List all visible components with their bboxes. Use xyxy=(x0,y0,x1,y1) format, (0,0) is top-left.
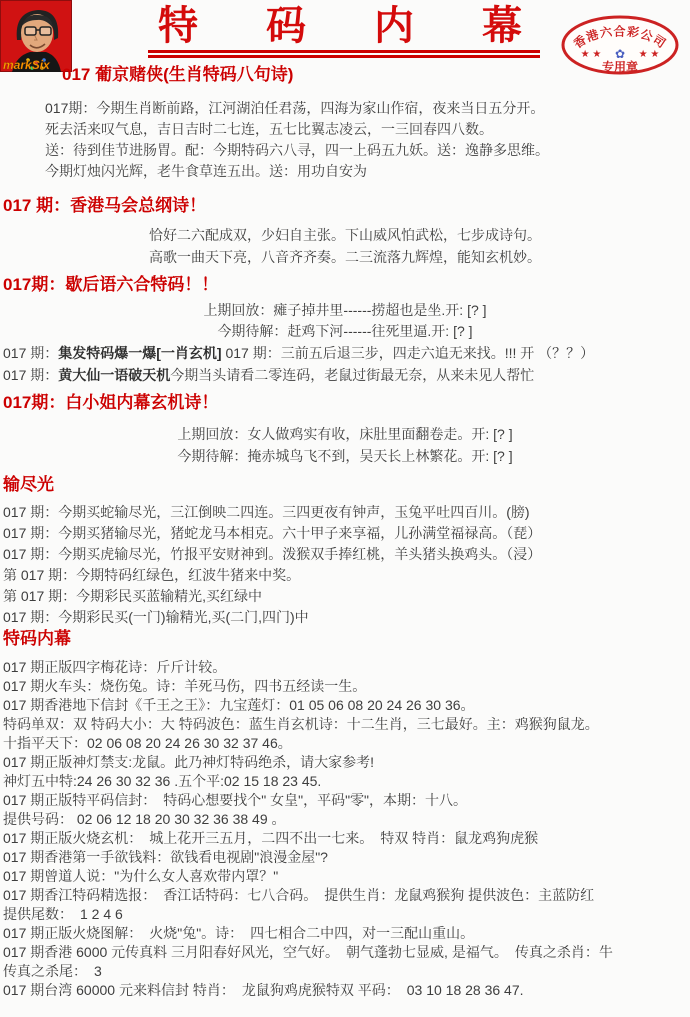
page-title: 特 码 内 幕 xyxy=(148,4,540,58)
section-header-shujinguang: 输尽光 xyxy=(3,474,690,496)
temabook-page: markSix 特 码 内 幕 香港六合彩公司 ★ ★ ✿ ★ ★ 专用章 01… xyxy=(0,0,690,1017)
tip-line: 017 期正版火烧图解： 火烧"兔"。诗： 四七相合二中四，对一三配山重山。 xyxy=(3,924,690,943)
poem-line: 死去活来叹气息，吉日吉时二七连，五七比翼志凌云，一三回春四八数。 xyxy=(45,119,690,140)
poem-line: 017期：今期生肖断前路，江河湖泊任君荡，四海为家山作宿，夜来当日五分开。 xyxy=(45,98,690,119)
tip-line: 017 期香港第一手欲钱料：欲钱看电视剧"浪漫金屋"? xyxy=(3,848,690,867)
tip-line: 017 期曾道人说："为什么女人喜欢带内罩？" xyxy=(3,867,690,886)
huangdaxian-bold-label: 黄大仙一语破天机 xyxy=(58,367,170,383)
section-xiehouyu-tips: 017 期：集发特码爆一爆[一肖玄机] 017 期：三前五后退三步，四走六追无来… xyxy=(0,342,690,386)
tip-line: 017 期香港地下信封《千王之王》：九宝莲灯：01 05 06 08 20 24… xyxy=(3,696,690,715)
line-rest: 017 期：三前五后退三步，四走六追无来找。!!! 开 （？？） xyxy=(222,345,595,361)
poem-line: 送：待到佳节进肠胃。配：今期特码六八寻，四一上码五九妖。送：逸静多思维。 xyxy=(45,140,690,161)
marksix-logo: markSix xyxy=(0,0,72,72)
section-baixiaojie-recap: 上期回放：女人做鸡实有收，床肚里面翻卷走。开: [? ] 今期待解：掩赤城鸟飞不… xyxy=(0,423,690,467)
stamp-stars-left: ★ ★ xyxy=(581,49,602,60)
section-header-xiehouyu: 017期：歇后语六合特码！！ xyxy=(3,274,690,296)
poem-line: 高歌一曲天下亮，八音齐齐奏。二三流落九辉煌，能知玄机妙。 xyxy=(0,246,690,268)
tip-line: 017 期：今期买蛇输尽光，三江倒映二四连。三四更夜有钟声，玉兔平吐四百川。(膀… xyxy=(3,502,690,523)
tip-line: 十指平天下：02 06 08 20 24 26 30 32 37 46。 xyxy=(3,734,690,753)
stamp-flower-icon: ✿ xyxy=(615,47,625,61)
tip-line: 017 期正版特平码信封： 特码心想要找个" 女皇"，平码"零"，本期：十八。 xyxy=(3,791,690,810)
poem-line: 恰好二六配成双，少妇自主张。下山威风怕武松，七步成诗句。 xyxy=(0,224,690,246)
section-header-zonggang: 017 期：香港马会总纲诗！ xyxy=(3,195,690,217)
section-shujinguang-lines: 017 期：今期买蛇输尽光，三江倒映二四连。三四更夜有钟声，玉兔平吐四百川。(膀… xyxy=(0,502,690,628)
line-prefix: 017 期： xyxy=(3,367,58,383)
page-title-wrap: 特 码 内 幕 xyxy=(140,4,548,58)
recap-line: 上期回放：女人做鸡实有收，床肚里面翻卷走。开: [? ] xyxy=(0,423,690,445)
tip-line: 017 期正版四字梅花诗：斤斤计较。 xyxy=(3,658,690,677)
tip-line: 017 期香港 6000 元传真料 三月阳春好风光，空气好。 朝气蓬勃七显威, … xyxy=(3,943,690,962)
huangdaxian-line: 017 期：黄大仙一语破天机今期当头请看二零连码，老鼠过街最无奈，从来未见人帮忙 xyxy=(3,364,690,386)
section-pujing-lines: 017期：今期生肖断前路，江河湖泊任君荡，四海为家山作宿，夜来当日五分开。 死去… xyxy=(45,98,690,182)
tip-line: 特码单双：双 特码大小：大 特码波色：蓝生肖玄机诗：十二生肖，三七最好。主：鸡猴… xyxy=(3,715,690,734)
tip-line: 017 期火车头：烧伤兔。诗：羊死马伤，四书五经读一生。 xyxy=(3,677,690,696)
line-rest: 今期当头请看二零连码，老鼠过街最无奈，从来未见人帮忙 xyxy=(170,367,534,383)
content: 017 葡京赌侠(生肖特码八句诗) 017期：今期生肖断前路，江河湖泊任君荡，四… xyxy=(0,64,690,1000)
recap-line: 今期待解：赶鸡下河------往死里逼.开: [? ] xyxy=(0,321,690,342)
stamp-stars-right: ★ ★ xyxy=(639,49,660,60)
recap-line: 上期回放：瘫子掉井里------捞超也是坐.开: [? ] xyxy=(0,300,690,321)
tip-line: 017 期香江特码精选报： 香江话特码：七八合码。 提供生肖：龙鼠鸡猴狗 提供波… xyxy=(3,886,690,905)
tip-line: 神灯五中特:24 26 30 32 36 .五个平:02 15 18 23 45… xyxy=(3,772,690,791)
jifa-bold-label: 集发特码爆一爆[一肖玄机] xyxy=(58,345,221,361)
tip-line: 017 期正版火烧玄机： 城上花开三五月，二四不出一七来。 特双 特肖：鼠龙鸡狗… xyxy=(3,829,690,848)
section-header-neimu: 特码内幕 xyxy=(3,628,690,650)
tip-line: 017 期正版神灯禁支:龙鼠。此乃神灯特码绝杀，请大家参考! xyxy=(3,753,690,772)
section-neimu-lines: 017 期正版四字梅花诗：斤斤计较。 017 期火车头：烧伤兔。诗：羊死马伤，四… xyxy=(0,658,690,1000)
tip-line: 第 017 期：今期彩民买蓝输精光,买红绿中 xyxy=(3,586,690,607)
poem-line: 今期灯烛闪光辉，老牛食草连五出。送：用功自安为 xyxy=(45,161,690,182)
section-xiehouyu-recap: 上期回放：瘫子掉井里------捞超也是坐.开: [? ] 今期待解：赶鸡下河-… xyxy=(0,300,690,342)
jifa-line: 017 期：集发特码爆一爆[一肖玄机] 017 期：三前五后退三步，四走六追无来… xyxy=(3,342,690,364)
tip-line: 017 期：今期买虎输尽光，竹报平安财神到。泼猴双手捧红桃，羊头猪头换鸡头。（浸… xyxy=(3,544,690,565)
tip-line: 017 期台湾 60000 元来料信封 特肖： 龙鼠狗鸡虎猴特双 平码： 03 … xyxy=(3,981,690,1000)
tip-line: 提供号码： 02 06 12 18 20 30 32 36 38 49 。 xyxy=(3,810,690,829)
tip-line: 第 017 期：今期特码红绿色，红波牛猪来中奖。 xyxy=(3,565,690,586)
tip-line: 提供尾数： 1 2 4 6 xyxy=(3,905,690,924)
section-zonggang-lines: 恰好二六配成双，少妇自主张。下山威风怕武松，七步成诗句。 高歌一曲天下亮，八音齐… xyxy=(0,224,690,268)
tip-line: 017 期：今期彩民买(一门)输精光,买(二门,四门)中 xyxy=(3,607,690,628)
recap-line: 今期待解：掩赤城鸟飞不到，吴天长上林繁花。开: [? ] xyxy=(0,445,690,467)
tip-line: 传真之杀尾： 3 xyxy=(3,962,690,981)
line-prefix: 017 期： xyxy=(3,345,58,361)
section-header-baixiaojie: 017期：白小姐内幕玄机诗！ xyxy=(3,392,690,414)
tip-line: 017 期：今期买猪输尽光，猪蛇龙马本相克。六十甲子来享福，儿孙满堂福禄高。（琵… xyxy=(3,523,690,544)
section-header-pujing: 017 葡京赌侠(生肖特码八句诗) xyxy=(62,64,690,86)
